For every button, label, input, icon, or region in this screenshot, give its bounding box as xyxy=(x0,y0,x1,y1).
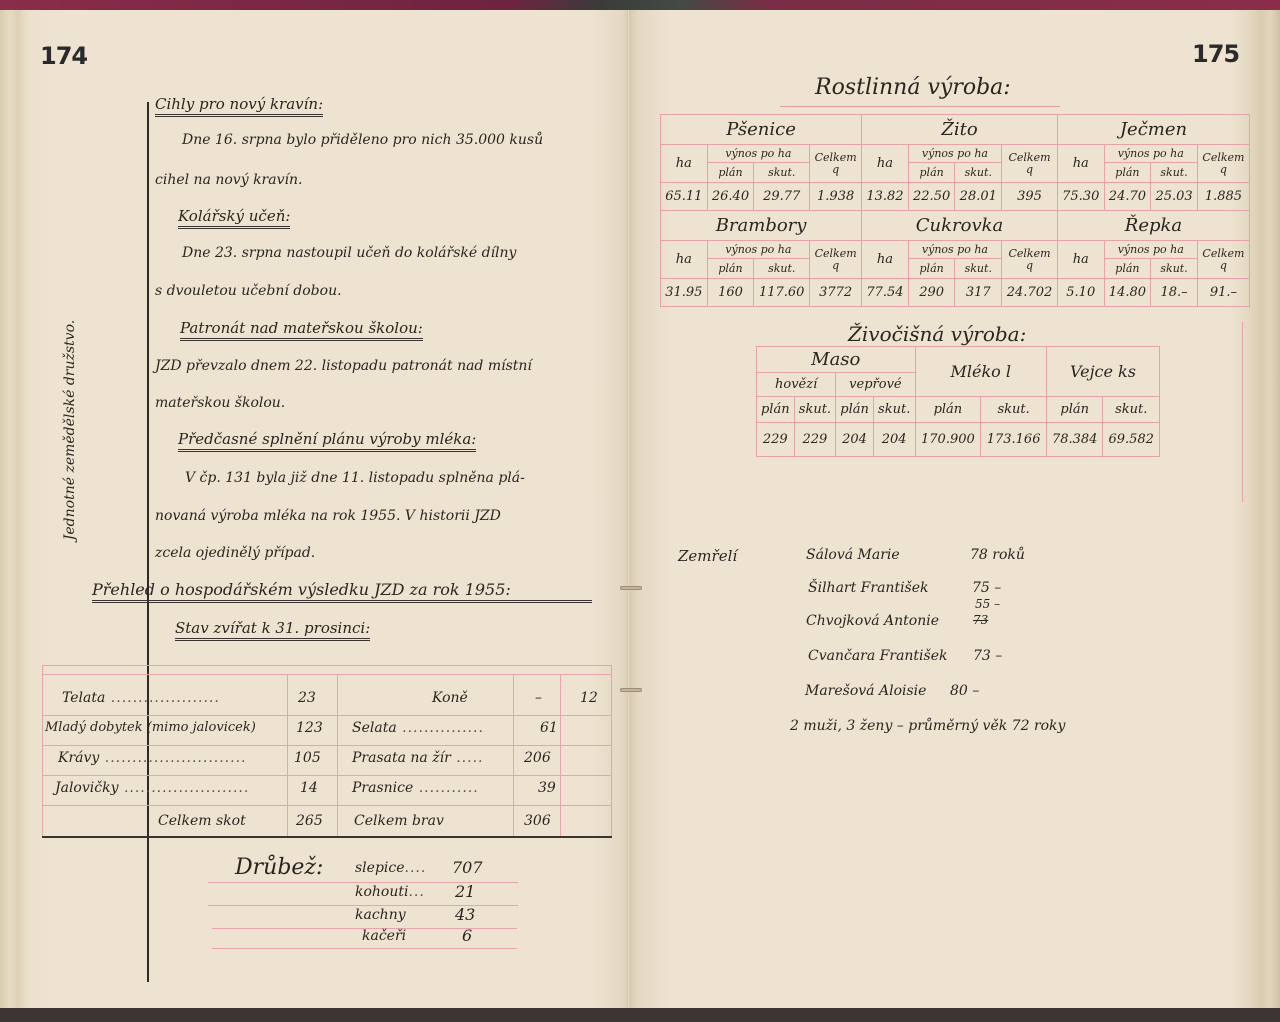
col-header: výnos po ha xyxy=(1104,241,1197,259)
col-header: výnos po ha xyxy=(1104,145,1197,163)
cell-pork-actual: 204 xyxy=(873,423,915,457)
cell-plan: 14.80 xyxy=(1104,279,1151,307)
text-line: V čp. 131 byla již dne 11. listopadu spl… xyxy=(185,470,525,486)
cell-plan: 160 xyxy=(707,279,754,307)
col-header: skut. xyxy=(1103,397,1160,423)
cell-eggs-plan: 78.384 xyxy=(1046,423,1102,457)
col-header: ha xyxy=(862,145,909,183)
deceased-name: Marešová Aloisie xyxy=(805,683,926,699)
col-header: skut. xyxy=(955,163,1002,183)
cattle-total-value: 265 xyxy=(296,813,323,829)
pigs-label: Prasata na žír ..... xyxy=(352,750,483,766)
cell-beef-actual: 229 xyxy=(794,423,836,457)
table-rule xyxy=(42,805,612,806)
poultry-value: 6 xyxy=(462,926,472,945)
cell-beef-plan: 229 xyxy=(757,423,795,457)
cell-ha: 31.95 xyxy=(661,279,708,307)
livestock-label: Mladý dobytek (mimo jalovicek) xyxy=(45,720,256,735)
col-header-eggs: Vejce ks xyxy=(1046,347,1159,397)
livestock-value: 105 xyxy=(294,750,321,766)
col-header: ha xyxy=(661,241,708,279)
page-rule xyxy=(1242,322,1243,502)
cell-total: 1.885 xyxy=(1197,183,1249,211)
ledger-book: 174 Jednotné zemědělské družstvo. Cihly … xyxy=(0,0,1280,1022)
col-header: plán xyxy=(915,397,981,423)
col-header: ha xyxy=(862,241,909,279)
book-cover-bottom-edge xyxy=(0,1008,1280,1022)
col-header: skut. xyxy=(981,397,1047,423)
col-header: plán xyxy=(1046,397,1102,423)
col-header: skut. xyxy=(1151,259,1198,279)
livestock-label: Jalovičky ....................... xyxy=(55,780,249,796)
cell-plan: 24.70 xyxy=(1104,183,1151,211)
crop-name: Žito xyxy=(862,115,1058,145)
pigs-label: Selata ............... xyxy=(352,720,484,736)
book-cover-top-edge xyxy=(0,0,1280,10)
horses-label: Koně xyxy=(432,690,468,706)
col-header: skut. xyxy=(754,163,810,183)
col-header: plán xyxy=(707,259,754,279)
horses-value: – xyxy=(535,690,542,706)
cell-plan: 290 xyxy=(908,279,955,307)
col-header: skut. xyxy=(873,397,915,423)
table-bottom-rule xyxy=(42,836,612,838)
book-spine xyxy=(627,10,630,1010)
livestock-value: 23 xyxy=(298,690,316,706)
binding-stitch xyxy=(620,586,642,590)
cell-ha: 13.82 xyxy=(862,183,909,211)
text-line: s dvouletou učební dobou. xyxy=(155,283,342,299)
col-header: Celkemq xyxy=(1002,241,1058,279)
pigs-total-label: Celkem brav xyxy=(354,813,444,829)
col-header: plán xyxy=(1104,163,1151,183)
deceased-age: 78 roků xyxy=(970,547,1025,563)
table-rule xyxy=(611,665,612,837)
cell-milk-actual: 173.166 xyxy=(981,423,1047,457)
livestock-value: 14 xyxy=(300,780,318,796)
deceased-age: 75 – xyxy=(972,580,1001,596)
animal-production-table: Maso Mléko l Vejce ks hovězí vepřové plá… xyxy=(756,346,1160,457)
col-header-beef: hovězí xyxy=(757,373,836,397)
cell-ha: 77.54 xyxy=(862,279,909,307)
cell-total: 395 xyxy=(1002,183,1058,211)
table-rule xyxy=(42,715,612,716)
text-line: novaná výroba mléka na rok 1955. V histo… xyxy=(155,508,501,524)
poultry-item: slepice.... xyxy=(355,860,426,876)
col-header: ha xyxy=(1057,145,1104,183)
page-number-left: 174 xyxy=(40,42,87,70)
margin-note-vertical: Jednotné zemědělské družstvo. xyxy=(62,320,78,540)
table-rule xyxy=(287,675,288,837)
col-header-milk: Mléko l xyxy=(915,347,1046,397)
cell-actual: 28.01 xyxy=(955,183,1002,211)
livestock-heading: Stav zvířat k 31. prosinci: xyxy=(175,619,370,641)
col-header: ha xyxy=(661,145,708,183)
cattle-total-label: Celkem skot xyxy=(158,813,246,829)
pigs-value: 61 xyxy=(540,720,558,736)
pigs-value: 206 xyxy=(524,750,551,766)
col-header: ha xyxy=(1057,241,1104,279)
crop-name: Cukrovka xyxy=(862,211,1058,241)
binding-stitch xyxy=(620,688,642,692)
cell-total: 24.702 xyxy=(1002,279,1058,307)
deceased-age: 55 – xyxy=(975,597,1000,611)
pigs-value: 39 xyxy=(538,780,556,796)
crop-name: Pšenice xyxy=(661,115,862,145)
table-rule xyxy=(42,674,612,675)
text-line: zcela ojedinělý případ. xyxy=(155,545,315,561)
poultry-item: kohouti... xyxy=(355,884,425,900)
deceased-label: Zemřelí xyxy=(678,547,737,565)
deceased-summary: 2 muži, 3 ženy – průměrný věk 72 roky xyxy=(790,718,1065,734)
summary-heading: Přehled o hospodářském výsledku JZD za r… xyxy=(92,580,592,603)
crop-name: Ječmen xyxy=(1057,115,1249,145)
col-header: skut. xyxy=(955,259,1002,279)
col-header: výnos po ha xyxy=(908,241,1001,259)
table-rule xyxy=(42,745,612,746)
crop-table-cereals: Pšenice Žito Ječmen ha výnos po ha Celke… xyxy=(660,114,1250,307)
cell-plan: 22.50 xyxy=(908,183,955,211)
table-rule xyxy=(42,775,612,776)
deceased-name: Cvančara František xyxy=(808,648,948,664)
col-header: plán xyxy=(836,397,874,423)
cell-actual: 25.03 xyxy=(1151,183,1198,211)
poultry-value: 707 xyxy=(452,858,483,877)
text-line: mateřskou školou. xyxy=(155,395,285,411)
ruled-line xyxy=(212,948,517,949)
pigs-total-value: 306 xyxy=(524,813,551,829)
col-header: výnos po ha xyxy=(908,145,1001,163)
crop-production-heading: Rostlinná výroba: xyxy=(815,75,1011,100)
crop-name: Řepka xyxy=(1057,211,1249,241)
text-line: JZD převzalo dnem 22. listopadu patronát… xyxy=(155,358,532,374)
col-header-meat: Maso xyxy=(757,347,916,373)
deceased-name: Sálová Marie xyxy=(806,547,900,563)
cell-total: 1.938 xyxy=(810,183,862,211)
deceased-age: 80 – xyxy=(950,683,979,699)
col-header-pork: vepřové xyxy=(836,373,915,397)
crop-name: Brambory xyxy=(661,211,862,241)
col-header: skut. xyxy=(754,259,810,279)
left-page: 174 Jednotné zemědělské družstvo. Cihly … xyxy=(0,10,630,1010)
section-heading-apprentice: Kolářský učeň: xyxy=(178,207,290,229)
cell-plan: 26.40 xyxy=(707,183,754,211)
livestock-label: Telata .................... xyxy=(62,690,220,706)
page-number-right: 175 xyxy=(1192,40,1239,68)
cell-total: 91.– xyxy=(1197,279,1249,307)
cell-milk-plan: 170.900 xyxy=(915,423,981,457)
table-rule xyxy=(337,675,338,837)
animal-production-heading: Živočišná výroba: xyxy=(848,322,1026,346)
poultry-item: kachny xyxy=(355,907,406,923)
section-heading-kindergarten: Patronát nad mateřskou školou: xyxy=(180,319,423,341)
deceased-age-struck: 73 xyxy=(973,613,988,627)
col-header: Celkemq xyxy=(1197,145,1249,183)
poultry-value: 21 xyxy=(455,882,475,901)
deceased-age: 73 – xyxy=(973,648,1002,664)
livestock-value: 123 xyxy=(296,720,323,736)
table-rule xyxy=(513,675,514,837)
section-heading-milk-plan: Předčasné splnění plánu výroby mléka: xyxy=(178,430,476,452)
col-header: plán xyxy=(908,163,955,183)
cell-actual: 18.– xyxy=(1151,279,1198,307)
deceased-name: Chvojková Antonie xyxy=(806,613,939,629)
table-rule xyxy=(42,665,43,837)
cell-eggs-actual: 69.582 xyxy=(1103,423,1160,457)
table-rule xyxy=(42,665,612,666)
margin-rule xyxy=(147,102,149,982)
col-header: Celkemq xyxy=(1197,241,1249,279)
col-header: plán xyxy=(707,163,754,183)
cell-ha: 65.11 xyxy=(661,183,708,211)
cell-ha: 75.30 xyxy=(1057,183,1104,211)
cell-total: 3772 xyxy=(810,279,862,307)
col-header: Celkemq xyxy=(1002,145,1058,183)
cell-actual: 317 xyxy=(955,279,1002,307)
livestock-label: Krávy .......................... xyxy=(58,750,246,766)
col-header: výnos po ha xyxy=(707,145,809,163)
poultry-value: 43 xyxy=(455,905,475,924)
text-line: cihel na nový kravín. xyxy=(155,172,302,188)
table-rule xyxy=(560,675,561,837)
cell-actual: 117.60 xyxy=(754,279,810,307)
col-header: skut. xyxy=(1151,163,1198,183)
cell-ha: 5.10 xyxy=(1057,279,1104,307)
poultry-item: kačeři xyxy=(362,928,406,944)
col-header: plán xyxy=(757,397,795,423)
cell-actual: 29.77 xyxy=(754,183,810,211)
horses-extra: 12 xyxy=(580,690,598,706)
section-heading-bricks: Cihly pro nový kravín: xyxy=(155,95,323,117)
col-header: plán xyxy=(908,259,955,279)
deceased-name: Šilhart František xyxy=(808,580,929,596)
col-header: skut. xyxy=(794,397,836,423)
col-header: Celkemq xyxy=(810,241,862,279)
right-page: 175 Rostlinná výroba: Pšenice Žito Ječme… xyxy=(630,10,1280,1010)
col-header: plán xyxy=(1104,259,1151,279)
poultry-label: Drůbež: xyxy=(235,855,323,880)
heading-underline xyxy=(780,106,1060,107)
text-line: Dne 23. srpna nastoupil učeň do kolářské… xyxy=(182,245,516,261)
col-header: Celkemq xyxy=(810,145,862,183)
col-header: výnos po ha xyxy=(707,241,809,259)
cell-pork-plan: 204 xyxy=(836,423,874,457)
text-line: Dne 16. srpna bylo přiděleno pro nich 35… xyxy=(182,132,543,148)
pigs-label: Prasnice ........... xyxy=(352,780,479,796)
